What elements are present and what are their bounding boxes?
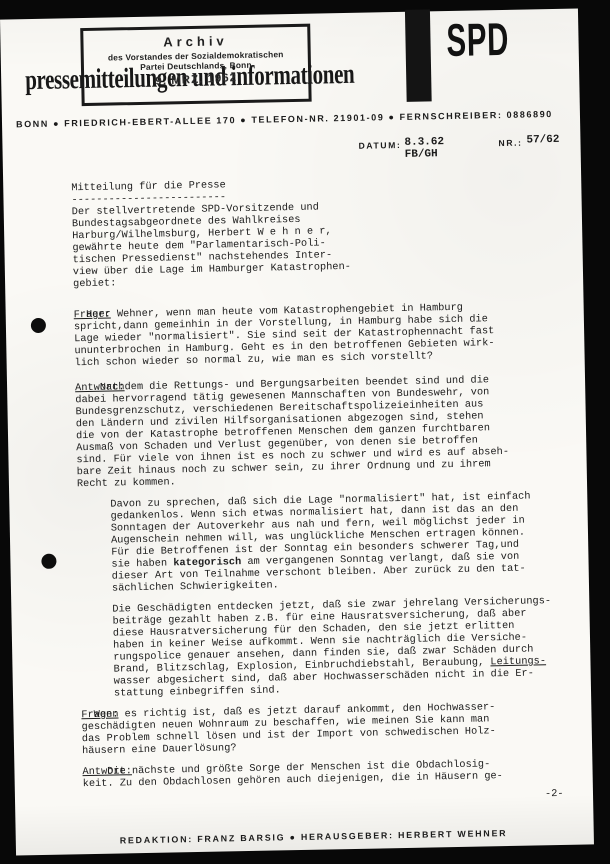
masthead-address: BONN ● FRIEDRICH-EBERT-ALLEE 170 ● TELEF… (16, 109, 576, 130)
datum-label: DATUM: (358, 140, 401, 151)
hole-punch-dot (41, 554, 56, 569)
datum-value: 8.3.62 (404, 136, 444, 149)
footer-imprint: REDAKTION: FRANZ BARSIG ● HERAUSGEBER: H… (120, 827, 540, 845)
question-1: Frage: Herr Wehner, wenn man heute vom K… (74, 300, 567, 369)
question-1-text: Herr Wehner, wenn man heute vom Katastro… (74, 300, 567, 369)
document-body: Mitteilung für die Presse --------------… (71, 173, 575, 790)
archive-stamp: Archiv des Vorstandes der Sozialdemokrat… (80, 24, 311, 106)
answer-1-paragraph-3-top: Die Geschädigten entdecken jetzt, daß si… (112, 595, 572, 664)
nr-value: 57/62 (526, 134, 559, 147)
hole-punch-dot (31, 318, 46, 333)
spd-logo: SPD (446, 16, 509, 63)
spd-logo-bar (405, 9, 432, 101)
answer-2-label: Antwort: (82, 765, 132, 778)
question-2: Frage: Wenn es richtig ist, daß es jetzt… (81, 700, 574, 757)
answer-1-paragraph-2: Davon zu sprechen, daß sich die Lage "no… (110, 490, 571, 595)
answer-1-label: Antwort: (75, 381, 125, 394)
answer-2-text: Die nächste und größte Sorge der Mensche… (82, 757, 574, 790)
answer-1-paragraph-2-top: Davon zu sprechen, daß sich die Lage "no… (110, 490, 570, 559)
question-2-label: Frage: (81, 708, 118, 721)
page-number: -2- (545, 788, 564, 800)
question-2-text: Wenn es richtig ist, daß es jetzt darauf… (81, 700, 574, 757)
answer-1-paragraph-3: Die Geschädigten entdecken jetzt, daß si… (112, 595, 573, 700)
intro-paragraph: Der stellvertretende SPD-Vorsitzende und… (72, 197, 566, 290)
underlined-word: Leitungs- (490, 655, 546, 668)
stamp-title: Archiv (83, 32, 307, 51)
nr-label: NR.: (498, 138, 522, 148)
answer-1-text: Nachdem die Rettungs- und Bergungsarbeit… (75, 373, 569, 490)
answer-1: Antwort: Nachdem die Rettungs- und Bergu… (75, 373, 573, 700)
answer-2: Antwort: Die nächste und größte Sorge de… (82, 757, 574, 790)
question-1-label: Frage: (74, 309, 111, 322)
scanned-press-release-page: pressemitteilungen und informationen Arc… (0, 9, 594, 856)
datum-ref: FB/GH (405, 148, 438, 161)
